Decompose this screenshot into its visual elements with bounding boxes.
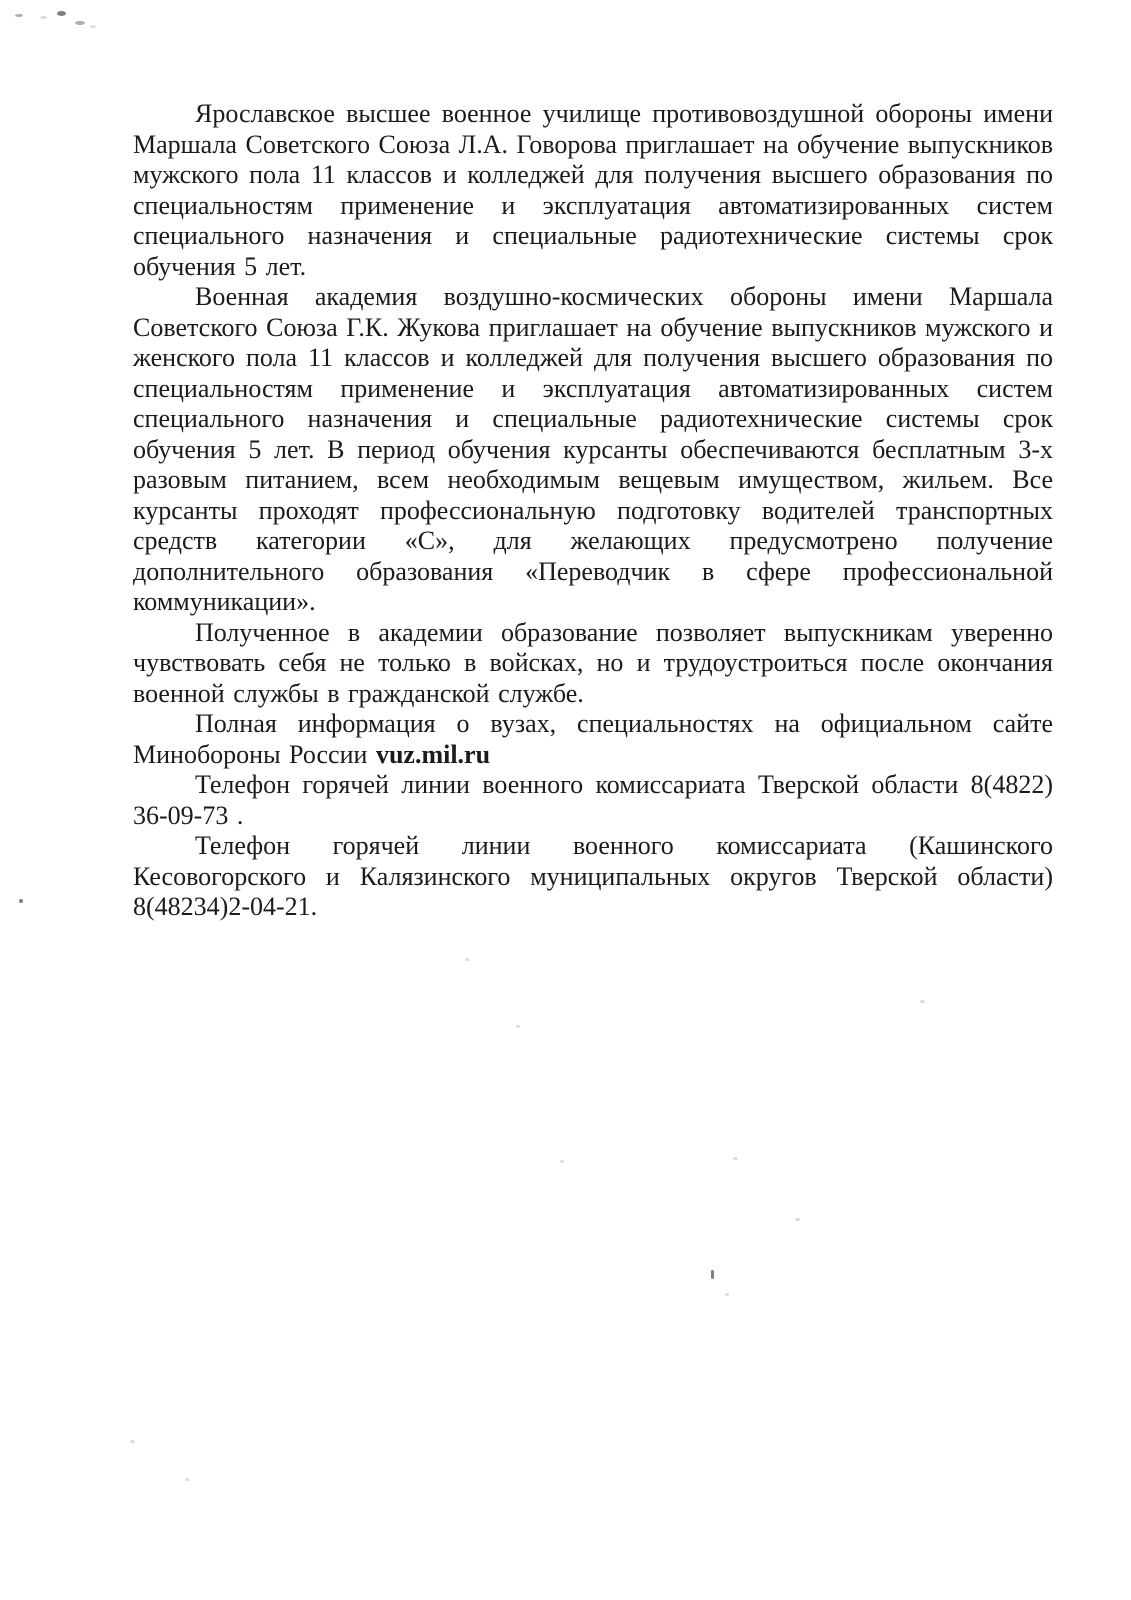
paragraph-official-site-bold-text: vuz.mil.ru [376, 740, 490, 769]
scan-speck [465, 958, 469, 961]
paragraph-graduate-benefits-text: Полученное в академии образование позвол… [133, 618, 1053, 708]
scan-speck [733, 1157, 738, 1160]
paragraph-hotline-kashin-text: Телефон горячей линии военного комиссари… [133, 831, 1053, 921]
paragraph-hotline-tver-text: Телефон горячей линии военного комиссари… [133, 770, 1053, 830]
scan-speck [90, 25, 96, 28]
scan-speck [75, 21, 85, 25]
scan-speck [920, 1000, 925, 1003]
scan-speck [19, 899, 23, 903]
scan-speck [711, 1270, 714, 1279]
scan-speck [725, 1293, 729, 1296]
document-page: Ярославское высшее военное училище проти… [0, 0, 1131, 1600]
paragraph-official-site: Полная информация о вузах, специальностя… [133, 709, 1053, 770]
scan-speck [40, 16, 47, 19]
paragraph-official-site-text: Полная информация о вузах, специальностя… [133, 709, 1053, 769]
document-text-block: Ярославское высшее военное училище проти… [133, 99, 1053, 923]
scan-speck [516, 1025, 520, 1028]
scan-speck [560, 1160, 564, 1163]
scan-speck [795, 1218, 800, 1221]
paragraph-zhukov-academy-text: Военная академия воздушно-космических об… [133, 282, 1053, 616]
paragraph-yaroslavl-college-text: Ярославское высшее военное училище проти… [133, 99, 1053, 281]
scan-speck [185, 1478, 189, 1481]
scan-speck [57, 11, 66, 16]
paragraph-zhukov-academy: Военная академия воздушно-космических об… [133, 282, 1053, 618]
paragraph-hotline-kashin: Телефон горячей линии военного комиссари… [133, 831, 1053, 923]
paragraph-graduate-benefits: Полученное в академии образование позвол… [133, 618, 1053, 710]
scan-speck [15, 14, 23, 17]
scan-speck [130, 1440, 135, 1443]
paragraph-yaroslavl-college: Ярославское высшее военное училище проти… [133, 99, 1053, 282]
paragraph-hotline-tver: Телефон горячей линии военного комиссари… [133, 770, 1053, 831]
